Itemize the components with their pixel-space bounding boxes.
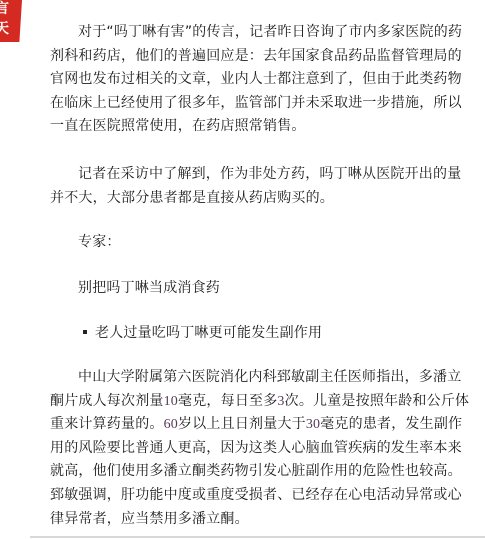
dose-number: 10	[164, 394, 178, 409]
age-number: 60	[164, 417, 178, 432]
tab-char-1: 言	[0, 2, 9, 16]
tab-char-2: 天	[0, 22, 9, 36]
paragraph-rumor-response: 对于“吗丁啉有害”的传言，记者昨日咨询了市内多家医院的药剂科和药店，他们的普遍回…	[50, 21, 470, 139]
text-segment: 岁以上且日剂量大于	[178, 416, 306, 432]
section-tab: 言 天	[0, 0, 22, 42]
daily-dose-number: 30	[306, 417, 320, 432]
bullet-text: 老人过量吃吗丁啉更可能发生副作用	[95, 325, 322, 341]
bullet-icon	[83, 330, 87, 334]
text-segment: 毫克，每日至多	[178, 393, 277, 409]
text-segment: 毫克的患者，发生副作用的风险要比普通人更高，因为这类人心脑血管疾病的发生率本来就…	[50, 416, 462, 526]
expert-label: 专家：	[78, 231, 121, 255]
divider	[30, 536, 485, 538]
paragraph-otc-purchase: 记者在采访中了解到，作为非处方药，吗丁啉从医院开出的量并不大，大部分患者都是直接…	[50, 163, 470, 210]
bullet-item: 老人过量吃吗丁啉更可能发生副作用	[78, 322, 322, 346]
frequency-number: 3	[277, 394, 284, 409]
paragraph-dosage-advice: 中山大学附属第六医院消化内科郅敏副主任医师指出，多潘立酮片成人每次剂量10毫克，…	[50, 366, 470, 531]
section-heading: 别把吗丁啉当成消食药	[78, 277, 220, 301]
